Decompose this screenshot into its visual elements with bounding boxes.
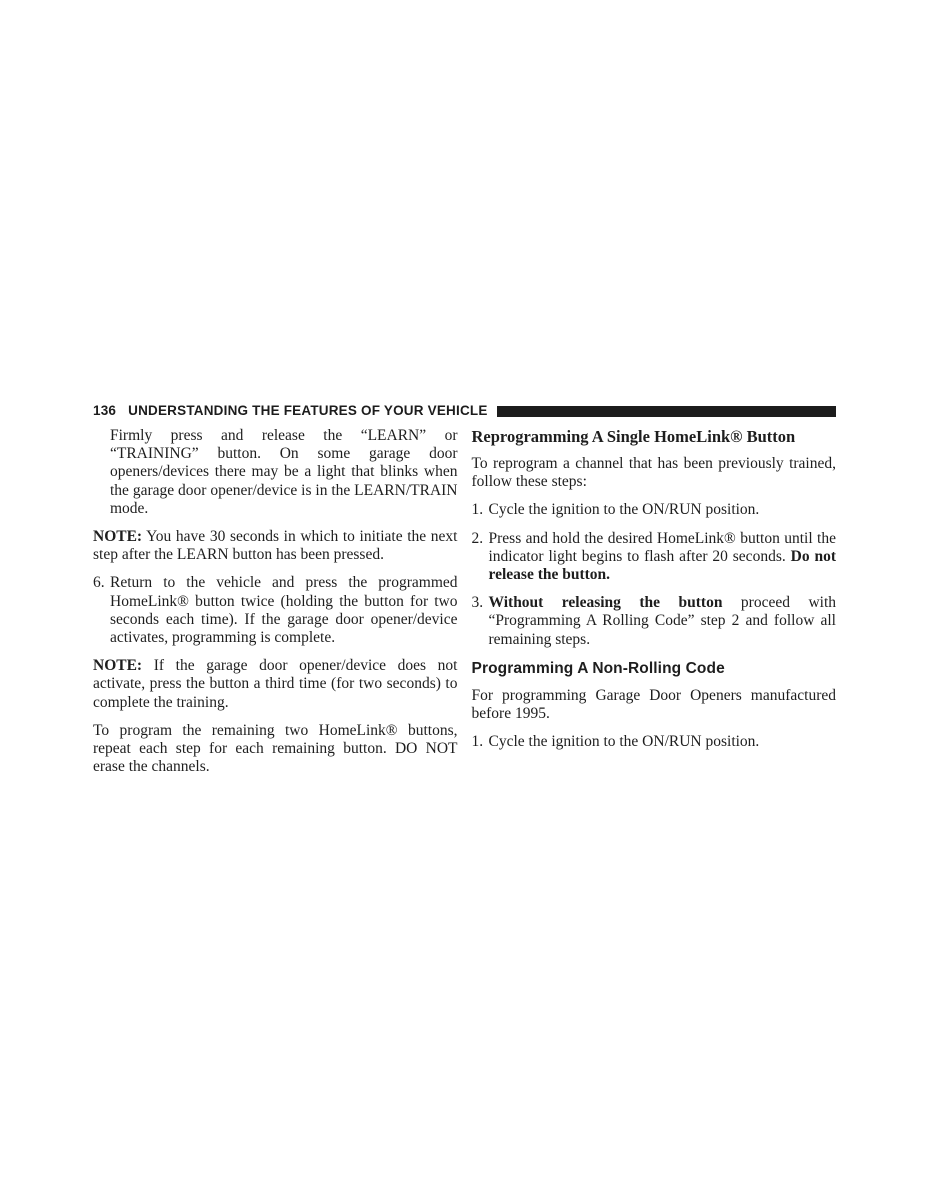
list-marker: 6. bbox=[93, 574, 105, 592]
list-marker: 3. bbox=[472, 594, 484, 612]
page-number: 136 bbox=[93, 403, 116, 418]
left-column: Firmly press and release the “LEARN” or … bbox=[93, 427, 458, 786]
text-run: You have 30 seconds in which to initiate… bbox=[93, 528, 458, 563]
manual-page: 136 UNDERSTANDING THE FEATURES OF YOUR V… bbox=[0, 0, 927, 1200]
text-run: Cycle the ignition to the ON/RUN positio… bbox=[489, 733, 760, 750]
text-run: Programming A Non-Rolling Code bbox=[472, 660, 725, 677]
text-run: Firmly press and release the “LEARN” or … bbox=[110, 427, 458, 517]
paragraph: To reprogram a channel that has been pre… bbox=[472, 455, 837, 491]
list-item: 1.Cycle the ignition to the ON/RUN posit… bbox=[472, 501, 837, 519]
text-run: For programming Garage Door Openers manu… bbox=[472, 687, 837, 722]
paragraph: To program the remaining two HomeLink® b… bbox=[93, 722, 458, 777]
note-paragraph: NOTE: If the garage door opener/device d… bbox=[93, 657, 458, 712]
page-header: 136 UNDERSTANDING THE FEATURES OF YOUR V… bbox=[93, 403, 836, 418]
paragraph: For programming Garage Door Openers manu… bbox=[472, 687, 837, 723]
list-item: 1.Cycle the ignition to the ON/RUN posit… bbox=[472, 733, 837, 751]
list-marker: 1. bbox=[472, 733, 484, 751]
right-column: Reprogramming A Single HomeLink® ButtonT… bbox=[472, 427, 837, 786]
list-item: 3.Without releasing the button proceed w… bbox=[472, 594, 837, 649]
text-run: To program the remaining two HomeLink® b… bbox=[93, 722, 458, 775]
text-run: If the garage door opener/device does no… bbox=[93, 657, 458, 710]
bold-text-run: Without releasing the button bbox=[489, 594, 723, 611]
list-marker: 2. bbox=[472, 530, 484, 548]
page-header-title: UNDERSTANDING THE FEATURES OF YOUR VEHIC… bbox=[128, 403, 487, 418]
text-run: Cycle the ignition to the ON/RUN positio… bbox=[489, 501, 760, 518]
header-rule-bar bbox=[497, 406, 836, 417]
note-paragraph: NOTE: You have 30 seconds in which to in… bbox=[93, 528, 458, 564]
section-heading: Reprogramming A Single HomeLink® Button bbox=[472, 427, 837, 446]
indented-paragraph: Firmly press and release the “LEARN” or … bbox=[93, 427, 458, 518]
bold-text-run: NOTE: bbox=[93, 657, 142, 674]
text-run: Press and hold the desired HomeLink® but… bbox=[489, 530, 837, 565]
text-run: Return to the vehicle and press the prog… bbox=[110, 574, 458, 646]
two-column-body: Firmly press and release the “LEARN” or … bbox=[93, 427, 836, 786]
text-run: To reprogram a channel that has been pre… bbox=[472, 455, 837, 490]
list-marker: 1. bbox=[472, 501, 484, 519]
text-run: Reprogramming A Single HomeLink® Button bbox=[472, 427, 796, 446]
list-item: 6.Return to the vehicle and press the pr… bbox=[93, 574, 458, 647]
section-heading: Programming A Non-Rolling Code bbox=[472, 659, 837, 678]
list-item: 2.Press and hold the desired HomeLink® b… bbox=[472, 530, 837, 585]
bold-text-run: NOTE: bbox=[93, 528, 142, 545]
